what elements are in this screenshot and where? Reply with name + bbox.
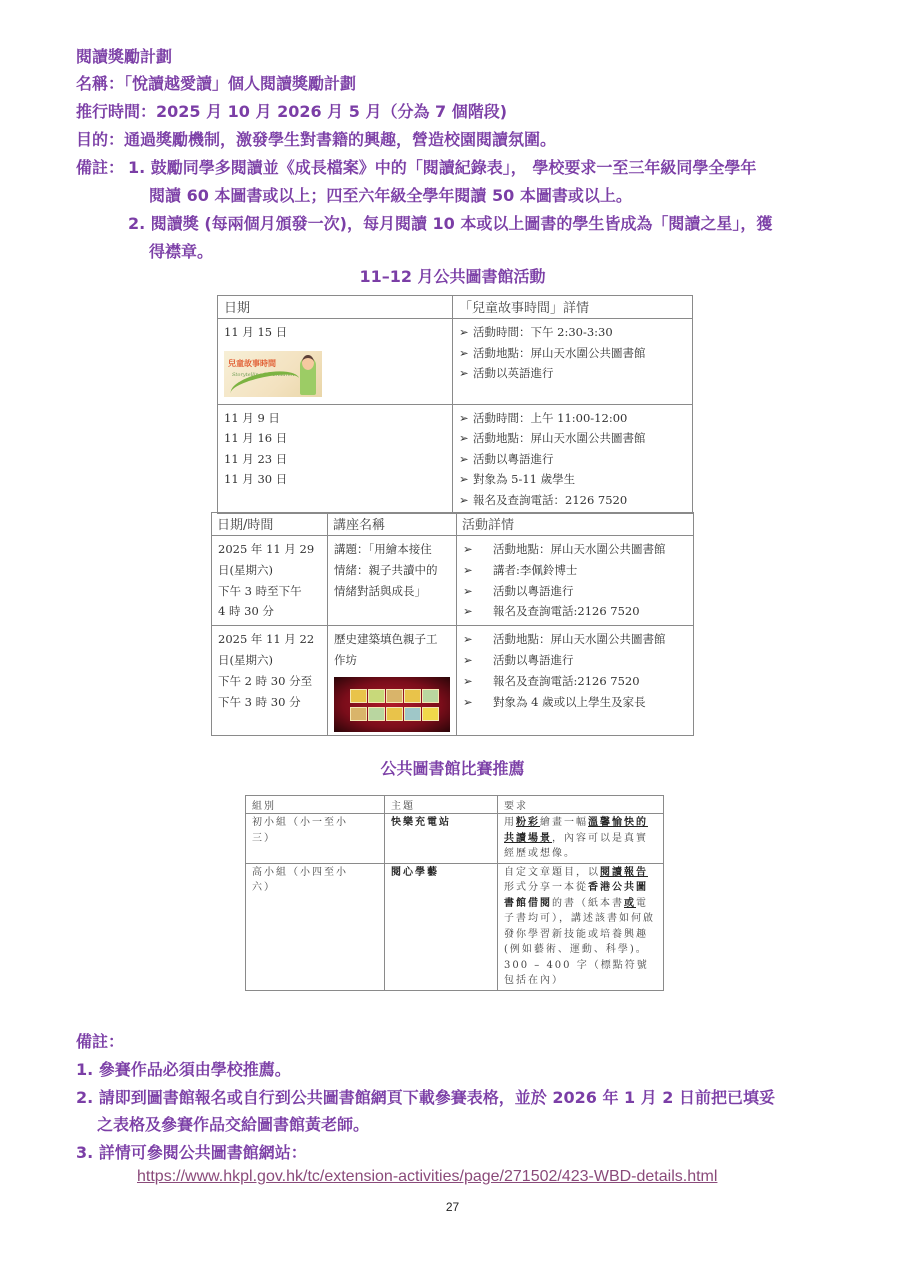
detail-text: 報名及查詢電話:2126 7520: [493, 604, 640, 618]
table-row: 高小組（小四至小 六） 閱心學藝 自定文章題目，以閱讀報告形式分享一本從香港公共…: [246, 863, 664, 990]
detail-text: 活動以粵語進行: [473, 452, 554, 466]
arrow-bullet-icon: ➢: [463, 671, 493, 692]
req-emphasis: 粉彩: [516, 817, 540, 828]
datetime-line: 日(星期六): [218, 560, 321, 581]
datetime-cell: 2025 年 11 月 22 日(星期六) 下午 2 時 30 分至 下午 3 …: [212, 626, 328, 736]
talks-table: 日期/時間 講座名稱 活動詳情 2025 年 11 月 29 日(星期六) 下午…: [211, 512, 694, 736]
table-row: 初小組（小一至小 三） 快樂充電站 用粉彩繪畫一幅溫馨愉快的共讀場景，內容可以是…: [246, 814, 664, 864]
detail-text: 活動地點：屏山天水圍公共圖書館: [473, 346, 646, 360]
talk-name-line: 歷史建築填色親子工: [334, 629, 450, 650]
group-line: 初小組（小一至小: [252, 815, 378, 831]
detail-text: 活動地點：屏山天水圍公共圖書館: [493, 542, 666, 556]
group-line: 六）: [252, 880, 378, 896]
arrow-bullet-icon: ➢: [463, 601, 493, 622]
gallery-frame: [404, 707, 421, 721]
note-1: 1. 參賽作品必須由學校推薦。: [76, 1059, 291, 1081]
note-2-line-1: 2. 請即到圖書館報名或自行到公共圖書館網頁下載參賽表格，並於 2026 年 1…: [76, 1087, 775, 1109]
gallery-frame: [386, 707, 403, 721]
header-details: 「兒童故事時間」詳情: [453, 296, 693, 319]
note-3: 3. 詳情可參閱公共圖書館網站：: [76, 1142, 307, 1164]
theme-cell: 快樂充電站: [385, 814, 498, 864]
date-cell: 11 月 9 日 11 月 16 日 11 月 23 日 11 月 30 日: [218, 404, 453, 514]
competition-table: 組別 主題 要求 初小組（小一至小 三） 快樂充電站 用粉彩繪畫一幅溫馨愉快的共…: [245, 795, 664, 991]
header-group: 組別: [246, 796, 385, 814]
detail-item: ➢活動地點：屏山天水圍公共圖書館: [459, 343, 686, 364]
detail-text: 對象為 5-11 歲學生: [473, 472, 575, 486]
arrow-bullet-icon: ➢: [459, 363, 473, 384]
table-row: 11 月 15 日 兒童故事時間 Storytelling for Childr…: [218, 319, 693, 405]
talk-name-line: 作坊: [334, 650, 450, 671]
arrow-bullet-icon: ➢: [459, 343, 473, 364]
storytelling-image: 兒童故事時間 Storytelling for Children: [224, 351, 322, 397]
talk-name-cell: 講題：「用繪本接住 情緒：親子共讀中的 情緒對話與成長」: [328, 536, 457, 626]
detail-item: ➢活動地點：屏山天水圍公共圖書館: [459, 428, 686, 449]
gallery-frame: [350, 689, 367, 703]
header-date: 日期: [218, 296, 453, 319]
detail-text: 報名及查詢電話：2126 7520: [473, 493, 627, 507]
talk-name-line: 情緒：親子共讀中的: [334, 560, 450, 581]
datetime-line: 2025 年 11 月 29: [218, 539, 321, 560]
details-cell: ➢活動地點：屏山天水圍公共圖書館 ➢講者:李佩鈴博士 ➢活動以粵語進行 ➢報名及…: [457, 536, 694, 626]
detail-item: ➢報名及查詢電話:2126 7520: [463, 601, 687, 622]
details-cell: ➢活動地點：屏山天水圍公共圖書館 ➢活動以粵語進行 ➢報名及查詢電話:2126 …: [457, 626, 694, 736]
date-cell: 11 月 15 日 兒童故事時間 Storytelling for Childr…: [218, 319, 453, 405]
scheme-name: 名稱：「悅讀越愛讀」個人閱讀獎勵計劃: [76, 73, 356, 95]
remark-1-line-1: 1. 鼓勵同學多閱讀並《成長檔案》中的「閱讀紀錄表」， 學校要求一至三年級同學全…: [128, 157, 756, 179]
detail-text: 活動以英語進行: [473, 366, 554, 380]
table-row: 2025 年 11 月 29 日(星期六) 下午 3 時至下午 4 時 30 分…: [212, 536, 694, 626]
detail-item: ➢活動地點：屏山天水圍公共圖書館: [463, 539, 687, 560]
arrow-bullet-icon: ➢: [463, 692, 493, 713]
detail-item: ➢報名及查詢電話：2126 7520: [459, 490, 686, 511]
arrow-bullet-icon: ➢: [459, 449, 473, 470]
req-text: 自定文章題目，以: [504, 867, 600, 878]
competition-title: 公共圖書館比賽推薦: [0, 758, 905, 780]
gallery-frame: [422, 707, 439, 721]
table-row: 2025 年 11 月 22 日(星期六) 下午 2 時 30 分至 下午 3 …: [212, 626, 694, 736]
detail-item: ➢對象為 4 歲或以上學生及家長: [463, 692, 687, 713]
req-emphasis: 閱讀報告: [600, 867, 648, 878]
req-text: 用: [504, 817, 516, 828]
datetime-line: 2025 年 11 月 22: [218, 629, 321, 650]
gallery-frame: [422, 689, 439, 703]
group-cell: 初小組（小一至小 三）: [246, 814, 385, 864]
req-text: 300 – 400 字（標點符號包括在內）: [504, 960, 649, 987]
detail-item: ➢活動以粵語進行: [459, 449, 686, 470]
detail-text: 講者:李佩鈴博士: [493, 563, 577, 577]
scheme-purpose: 目的：通過獎勵機制，激發學生對書籍的興趣，營造校園閱讀氛圍。: [76, 129, 556, 151]
date: 11 月 23 日: [224, 449, 446, 470]
detail-text: 活動地點：屏山天水圍公共圖書館: [473, 431, 646, 445]
detail-text: 活動時間：下午 2:30-3:30: [473, 325, 613, 339]
date: 11 月 9 日: [224, 408, 446, 429]
talk-name-line: 情緒對話與成長」: [334, 581, 450, 602]
workshop-gallery-image: [334, 677, 450, 732]
header-requirements: 要求: [498, 796, 664, 814]
table-header-row: 組別 主題 要求: [246, 796, 664, 814]
arrow-bullet-icon: ➢: [463, 539, 493, 560]
detail-item: ➢對象為 5-11 歲學生: [459, 469, 686, 490]
notes-label: 備註：: [76, 1031, 124, 1053]
arrow-bullet-icon: ➢: [463, 581, 493, 602]
datetime-line: 下午 3 時至下午: [218, 581, 321, 602]
header-talk-name: 講座名稱: [328, 513, 457, 536]
detail-text: 活動地點：屏山天水圍公共圖書館: [493, 632, 666, 646]
note-2-line-2: 之表格及參賽作品交給圖書館黃老師。: [97, 1114, 369, 1136]
req-emphasis: 借閱: [528, 898, 552, 909]
section-title: 閱讀獎勵計劃: [76, 46, 172, 68]
detail-text: 活動以粵語進行: [493, 653, 574, 667]
detail-item: ➢活動以粵語進行: [463, 581, 687, 602]
detail-text: 對象為 4 歲或以上學生及家長: [493, 695, 646, 709]
arrow-bullet-icon: ➢: [463, 629, 493, 650]
detail-item: ➢講者:李佩鈴博士: [463, 560, 687, 581]
header-datetime: 日期/時間: [212, 513, 328, 536]
detail-text: 活動時間：上午 11:00-12:00: [473, 411, 627, 425]
arrow-bullet-icon: ➢: [463, 560, 493, 581]
detail-item: ➢活動以粵語進行: [463, 650, 687, 671]
detail-item: ➢報名及查詢電話:2126 7520: [463, 671, 687, 692]
scheme-period: 推行時間：2025 月 10 月 2026 月 5 月（分為 7 個階段): [76, 101, 507, 123]
group-line: 高小組（小四至小: [252, 865, 378, 881]
group-cell: 高小組（小四至小 六）: [246, 863, 385, 990]
datetime-line: 下午 3 時 30 分: [218, 692, 321, 713]
detail-item: ➢活動時間：下午 2:30-3:30: [459, 322, 686, 343]
gallery-frame: [350, 707, 367, 721]
talk-name-cell: 歷史建築填色親子工 作坊: [328, 626, 457, 736]
header-details: 活動詳情: [457, 513, 694, 536]
datetime-line: 4 時 30 分: [218, 601, 321, 622]
arrow-bullet-icon: ➢: [459, 469, 473, 490]
date: 11 月 16 日: [224, 428, 446, 449]
req-text: 繪畫一幅: [540, 817, 588, 828]
date: 11 月 15 日: [224, 322, 446, 343]
gallery-frame: [386, 689, 403, 703]
table-header-row: 日期/時間 講座名稱 活動詳情: [212, 513, 694, 536]
girl-head-graphic: [302, 355, 314, 370]
activities-title: 11–12 月公共圖書館活動: [0, 266, 905, 288]
header-theme: 主題: [385, 796, 498, 814]
requirements-cell: 自定文章題目，以閱讀報告形式分享一本從香港公共圖書館借閱的書（紙本書或電子書均可…: [498, 863, 664, 990]
detail-item: ➢活動地點：屏山天水圍公共圖書館: [463, 629, 687, 650]
details-cell: ➢活動時間：上午 11:00-12:00 ➢活動地點：屏山天水圍公共圖書館 ➢活…: [453, 404, 693, 514]
gallery-frame: [404, 689, 421, 703]
remark-1-line-2: 閱讀 60 本圖書或以上；四至六年級全學年閱讀 50 本圖書或以上。: [149, 185, 632, 207]
req-text: 的書（紙本書: [552, 898, 624, 909]
arrow-bullet-icon: ➢: [463, 650, 493, 671]
remark-2-line-2: 得襟章。: [149, 241, 213, 263]
group-line: 三）: [252, 831, 378, 847]
datetime-line: 日(星期六): [218, 650, 321, 671]
arrow-bullet-icon: ➢: [459, 322, 473, 343]
details-cell: ➢活動時間：下午 2:30-3:30 ➢活動地點：屏山天水圍公共圖書館 ➢活動以…: [453, 319, 693, 405]
detail-item: ➢活動以英語進行: [459, 363, 686, 384]
date: 11 月 30 日: [224, 469, 446, 490]
req-text: 形式分享一本從: [504, 882, 588, 893]
detail-text: 報名及查詢電話:2126 7520: [493, 674, 640, 688]
remark-2-line-1: 2. 閱讀獎 (每兩個月頒發一次)，每月閱讀 10 本或以上圖書的學生皆成為「閱…: [128, 213, 772, 235]
gallery-frame: [368, 707, 385, 721]
datetime-line: 下午 2 時 30 分至: [218, 671, 321, 692]
detail-text: 活動以粵語進行: [493, 584, 574, 598]
hkpl-details-link[interactable]: https://www.hkpl.gov.hk/tc/extension-act…: [137, 1168, 717, 1186]
requirements-cell: 用粉彩繪畫一幅溫馨愉快的共讀場景，內容可以是真實經歷或想像。: [498, 814, 664, 864]
talk-name-line: 講題：「用繪本接住: [334, 539, 450, 560]
req-emphasis: 或: [624, 898, 636, 909]
table-row: 11 月 9 日 11 月 16 日 11 月 23 日 11 月 30 日 ➢…: [218, 404, 693, 514]
datetime-cell: 2025 年 11 月 29 日(星期六) 下午 3 時至下午 4 時 30 分: [212, 536, 328, 626]
gallery-frame: [368, 689, 385, 703]
arrow-bullet-icon: ➢: [459, 408, 473, 429]
arrow-bullet-icon: ➢: [459, 428, 473, 449]
theme-cell: 閱心學藝: [385, 863, 498, 990]
table-header-row: 日期 「兒童故事時間」詳情: [218, 296, 693, 319]
remarks-label: 備註：: [76, 157, 124, 179]
arrow-bullet-icon: ➢: [459, 490, 473, 511]
page-number: 27: [0, 1200, 905, 1214]
detail-item: ➢活動時間：上午 11:00-12:00: [459, 408, 686, 429]
storytime-table: 日期 「兒童故事時間」詳情 11 月 15 日 兒童故事時間 Storytell…: [217, 295, 693, 514]
